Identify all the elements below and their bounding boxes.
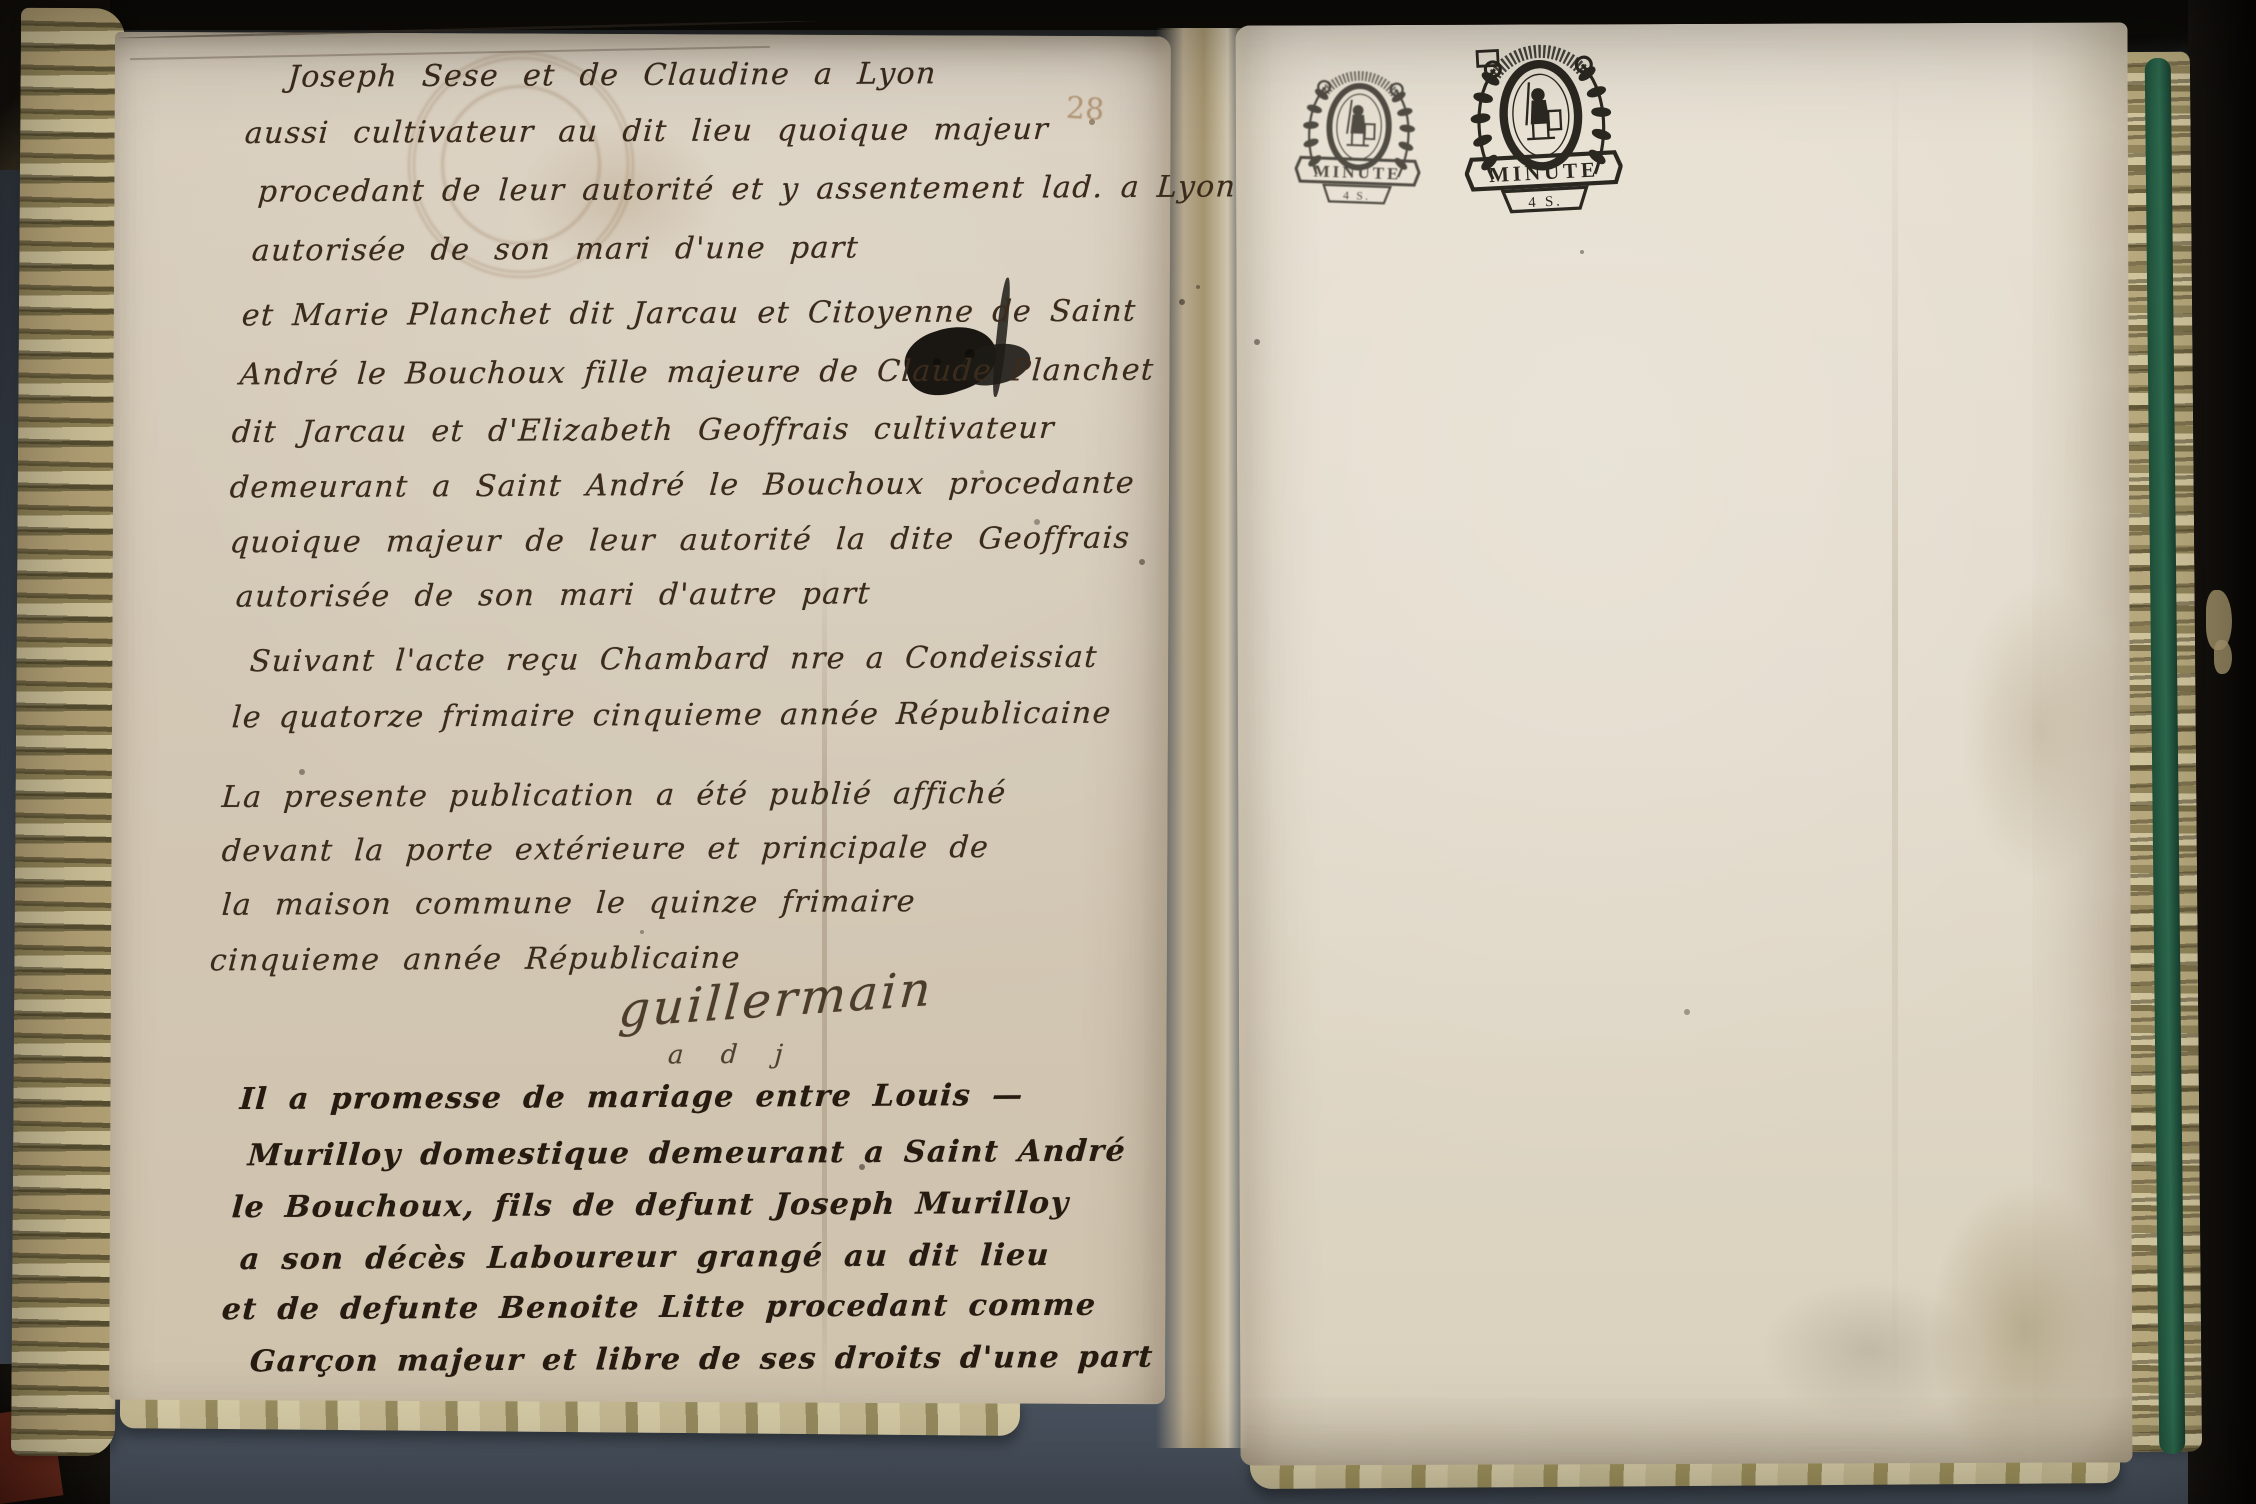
manuscript-line: devant la porte extérieure et principale… — [221, 830, 991, 869]
photo-of-open-register: 28 Joseph Sese et de Claudine a Lyon aus… — [0, 0, 2256, 1504]
minute-revenue-stamp: MINUTE 4 S. — [1457, 14, 1625, 222]
stamp-denomination-text: 4 S. — [1343, 188, 1371, 203]
manuscript-line: autorisée de son mari d'une part — [251, 230, 860, 268]
signature-annotation: a d j — [667, 1040, 792, 1071]
manuscript-line: et Marie Planchet dit Jarcau et Citoyenn… — [241, 294, 1138, 334]
minute-revenue-stamp: MINUTE 4 S. — [1293, 36, 1425, 222]
seated-figure-icon — [1524, 81, 1561, 139]
manuscript-line: la maison commune le quinze frimaire — [221, 884, 917, 923]
manuscript-line: aussi cultivateur au dit lieu quoique ma… — [244, 112, 1050, 151]
manuscript-line: a son décès Laboureur grangé au dit lieu — [239, 1238, 1051, 1277]
manuscript-line: autorisée de son mari d'autre part — [235, 576, 872, 614]
manuscript-line: le Bouchoux, fils de defunt Joseph Muril… — [231, 1186, 1071, 1225]
manuscript-line: demeurant a Saint André le Bouchoux proc… — [229, 466, 1136, 506]
manuscript-line: le quatorze frimaire cinquieme année Rép… — [231, 696, 1113, 736]
manuscript-line: La presente publication a été publié aff… — [221, 776, 1008, 815]
manuscript-line: cinquieme année Républicaine — [209, 941, 742, 979]
manuscript-line: Garçon majeur et libre de ses droits d'u… — [249, 1340, 1155, 1380]
manuscript-line: Il a promesse de mariage entre Louis — — [239, 1078, 1025, 1117]
stamp-denomination-text: 4 S. — [1528, 193, 1563, 211]
manuscript-line: dit Jarcau et d'Elizabeth Geoffrais cult… — [231, 411, 1056, 450]
manuscript-line: Murilloy domestique demeurant a Saint An… — [247, 1134, 1127, 1174]
manuscript-line: Suivant l'acte reçu Chambard nre a Conde… — [249, 640, 1099, 679]
manuscript-line: André le Bouchoux fille majeure de Claud… — [239, 353, 1156, 393]
manuscript-line: quoique majeur de leur autorité la dite … — [229, 521, 1132, 561]
seated-figure-icon — [1347, 100, 1376, 146]
manuscript-line: procedant de leur autorité et y assentem… — [257, 169, 1238, 209]
manuscript-line: Joseph Sese et de Claudine a Lyon — [287, 56, 938, 94]
stamp-banner-text: MINUTE — [1313, 161, 1401, 183]
manuscript-line: et de defunte Benoite Litte procedant co… — [221, 1288, 1098, 1328]
manuscript-text-block: Joseph Sese et de Claudine a Lyon aussi … — [0, 0, 2256, 1504]
